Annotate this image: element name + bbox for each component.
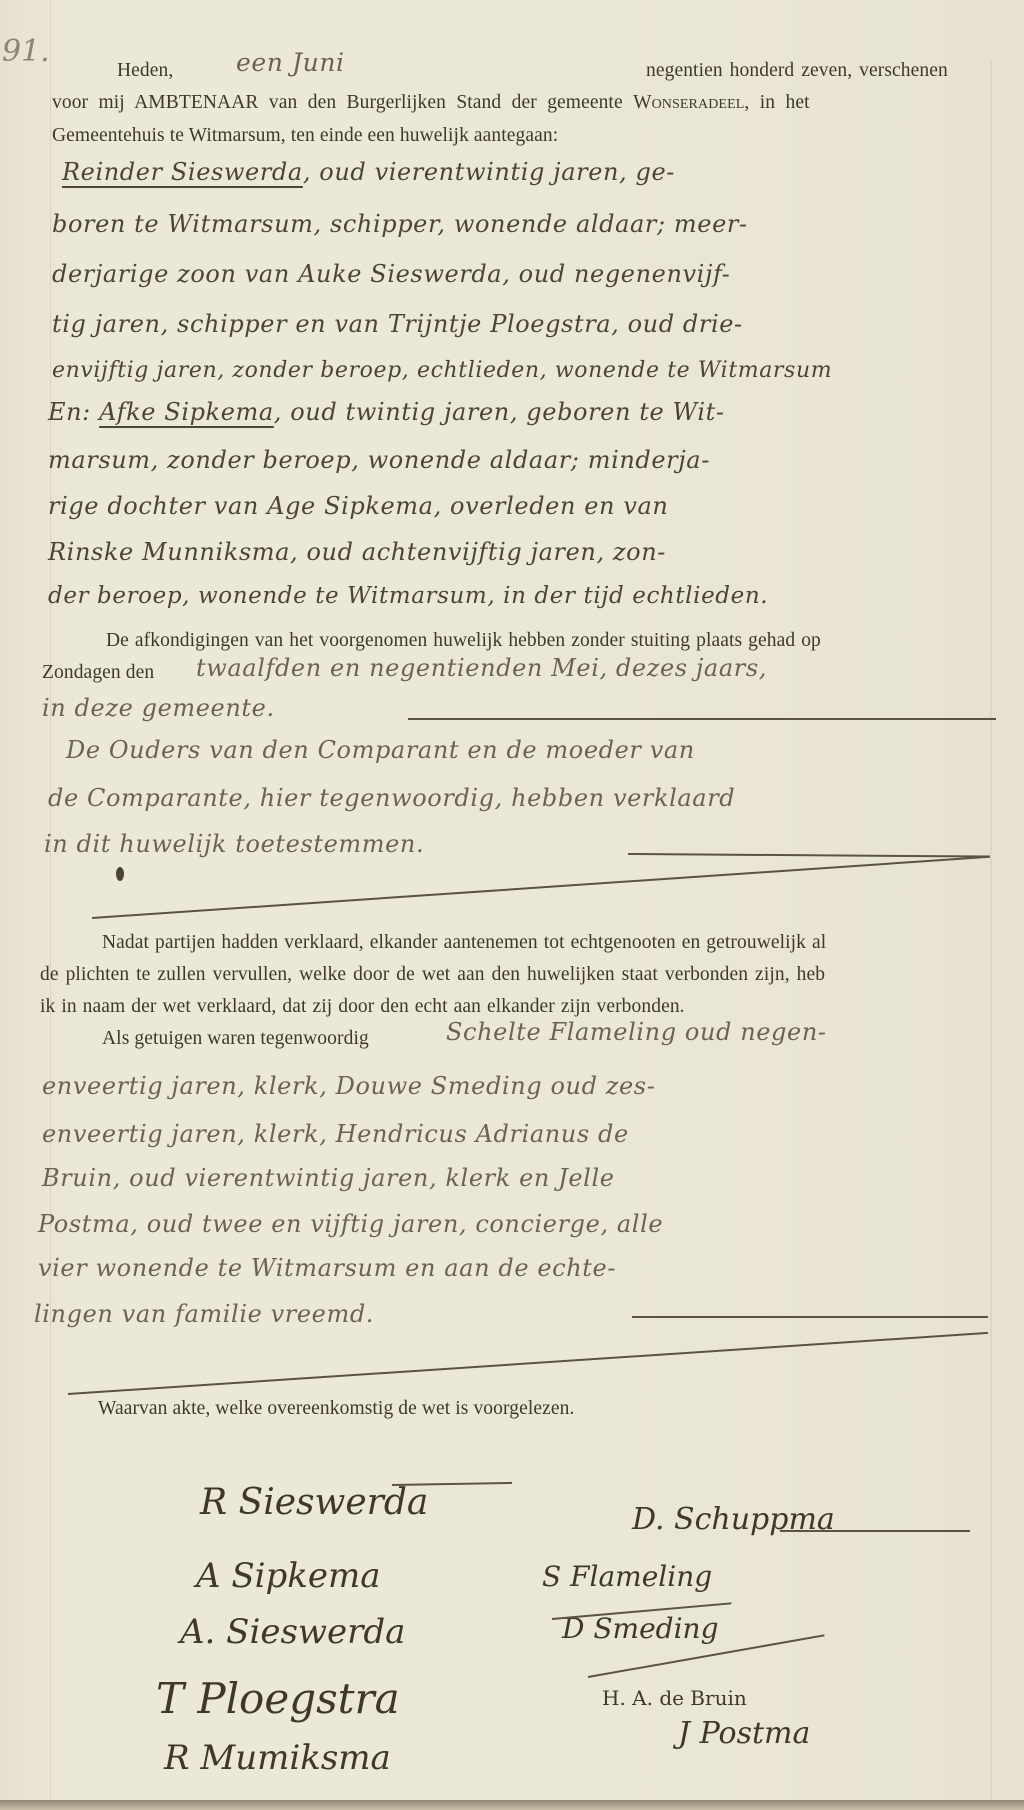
groom-line-2: boren te Witmarsum, schipper, wonende al… [52,204,748,245]
signature-witness-4: J Postma [678,1716,810,1751]
page-edge [990,60,992,1800]
act-number: 91. [2,34,50,69]
groom-name: Reinder Sieswerda [62,158,303,186]
witness-line-4: Postma, oud twee en vijftig jaren, conci… [38,1204,663,1245]
witness-line-2: enveertig jaren, klerk, Hendricus Adrian… [42,1114,629,1155]
intro-line-1: negentien honderd zeven, verschenen [646,54,948,87]
proclamation-dates: twaalfden en negentienden Mei, dezes jaa… [196,648,767,689]
heden-label: Heden, [117,54,173,87]
closing-diagonal-line [92,856,990,919]
signature-witness-1: S Flameling [542,1560,712,1593]
municipality-name: Wonseradeel [633,92,744,113]
bride-line-2: marsum, zonder beroep, wonende aldaar; m… [48,440,710,481]
proclamation-printed-2: Zondagen den [42,656,154,689]
signature-witness-3: H. A. de Bruin [602,1686,747,1710]
bride-line-4: Rinske Munniksma, oud achtenvijftig jare… [48,532,666,573]
witness-line-6: lingen van familie vreemd. [34,1294,374,1335]
intro-line-2b: , in het [744,92,809,113]
page-bottom-edge [0,1800,1024,1810]
bride-name: Afke Sipkema [99,398,274,426]
groom-line-4: tig jaren, schipper en van Trijntje Ploe… [52,304,743,345]
bride-line-1: En: Afke Sipkema, oud twintig jaren, geb… [48,392,725,433]
intro-line-2a: voor mij AMBTENAAR van den Burgerlijken … [52,92,623,113]
witness-line-0: Schelte Flameling oud negen- [446,1012,827,1053]
witness-line-3: Bruin, oud vierentwintig jaren, klerk en… [42,1158,615,1199]
fill-line [408,718,996,720]
bride-prefix: En: [48,398,91,426]
groom-text-1: , oud vierentwintig jaren, ge- [303,158,675,186]
declaration-line-1: Nadat partijen hadden verklaard, elkande… [102,926,826,959]
consent-line-3: in dit huwelijk toetestemmen. [44,824,424,865]
signature-groom-mother: T Ploegstra [156,1674,400,1723]
margin-line [50,0,51,1800]
signature-groom-father: A. Sieswerda [180,1612,405,1652]
signature-groom: R Sieswerda [200,1482,428,1523]
fill-line [628,853,990,858]
witness-line-1: enveertig jaren, klerk, Douwe Smeding ou… [42,1066,655,1107]
intro-line-2: voor mij AMBTENAAR van den Burgerlijken … [52,86,810,119]
marriage-date: een Juni [236,42,345,83]
declaration-line-2: de plichten te zullen vervullen, welke d… [40,958,825,991]
ink-blot [116,867,124,881]
proclamation-place: in deze gemeente. [42,688,275,729]
fill-line [632,1316,988,1318]
groom-line-3: derjarige zoon van Auke Sieswerda, oud n… [52,254,730,295]
signature-bride: A Sipkema [196,1556,381,1596]
intro-line-3: Gemeentehuis te Witmarsum, ten einde een… [52,119,558,152]
signature-bride-mother: R Mumiksma [164,1738,391,1778]
register-page: 91. Heden, een Juni negentien honderd ze… [0,0,1024,1800]
bride-line-5: der beroep, wonende te Witmarsum, in der… [48,576,768,617]
witnesses-printed: Als getuigen waren tegenwoordig [102,1022,369,1055]
consent-line-2: de Comparante, hier tegenwoordig, hebben… [48,778,735,819]
closing-text: Waarvan akte, welke overeenkomstig de we… [98,1392,574,1425]
bride-text-1: , oud twintig jaren, geboren te Wit- [274,398,725,426]
bride-line-3: rige dochter van Age Sipkema, overleden … [48,486,668,527]
closing-diagonal-line [68,1332,988,1395]
consent-line-1: De Ouders van den Comparant en de moeder… [66,730,695,771]
signature-witness-2: D Smeding [562,1612,719,1645]
signature-registrar: D. Schuppma [632,1502,835,1537]
signature-flourish [780,1530,970,1532]
witness-line-5: vier wonende te Witmarsum en aan de echt… [38,1248,616,1289]
groom-line-5: envijftig jaren, zonder beroep, echtlied… [52,350,832,391]
groom-line-1: Reinder Sieswerda, oud vierentwintig jar… [62,152,675,193]
